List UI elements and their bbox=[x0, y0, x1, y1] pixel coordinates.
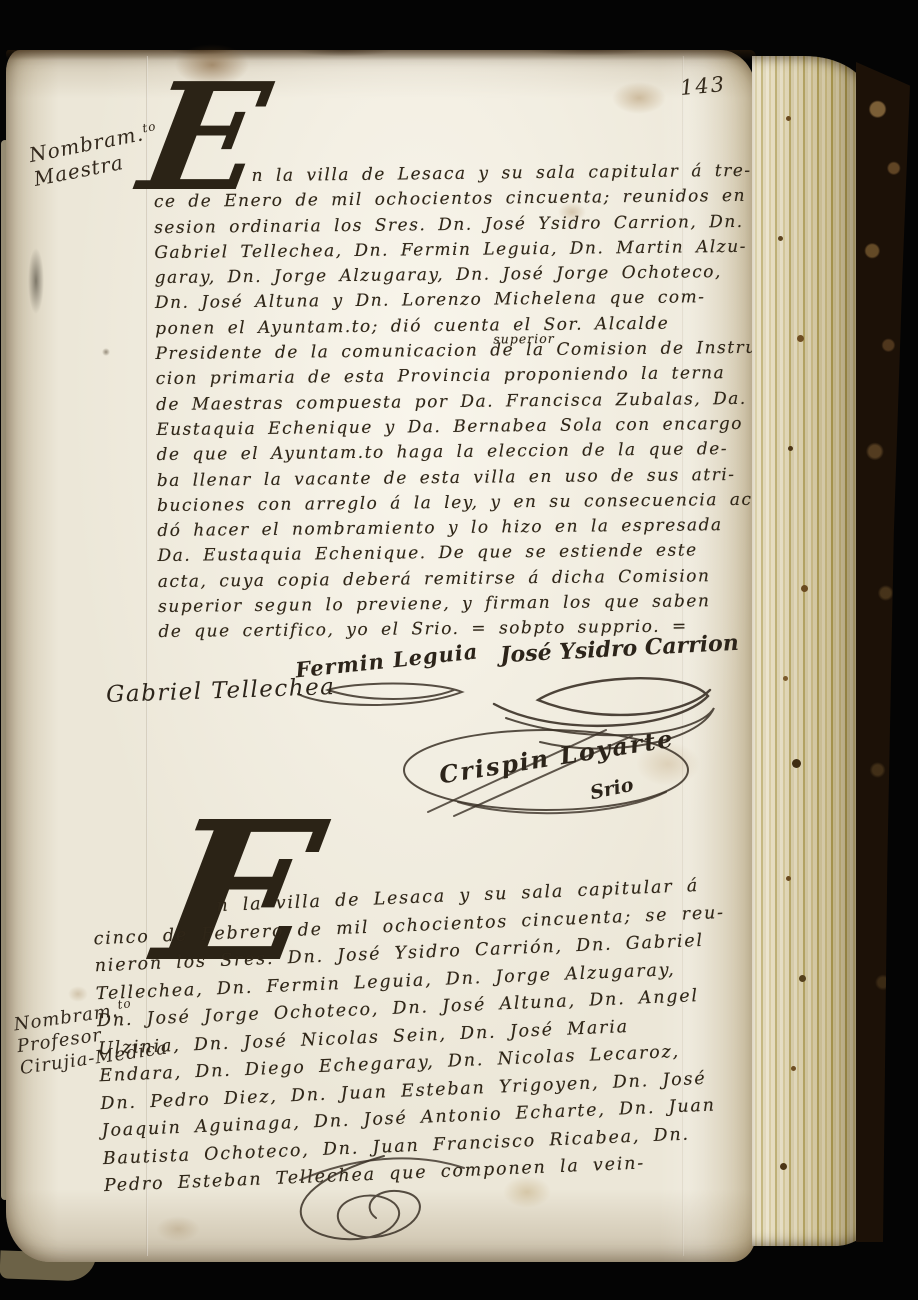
book-photo-background: 143 Nombram.to Maestra E n la villa de L… bbox=[0, 0, 918, 1300]
interlinear-insertion: superior bbox=[493, 326, 555, 352]
manuscript-line-text: Presidente de la comunicacion de la Comi… bbox=[155, 338, 776, 364]
foxing-specks bbox=[786, 116, 791, 121]
book-fore-edge-pages bbox=[752, 56, 868, 1246]
foxing-spot bbox=[156, 1216, 200, 1242]
manuscript-page: 143 Nombram.to Maestra E n la villa de L… bbox=[6, 50, 756, 1262]
page-top-dirt-edge bbox=[6, 50, 756, 62]
marbled-book-cover bbox=[856, 62, 910, 1242]
folio-number: 143 bbox=[679, 72, 727, 100]
ink-smudge bbox=[28, 248, 44, 314]
foxing-spot bbox=[102, 348, 110, 356]
pen-flourish bbox=[264, 1148, 474, 1258]
entry-1-text: n la villa de Lesaca y su sala capitular… bbox=[153, 159, 738, 646]
stain bbox=[612, 82, 666, 114]
